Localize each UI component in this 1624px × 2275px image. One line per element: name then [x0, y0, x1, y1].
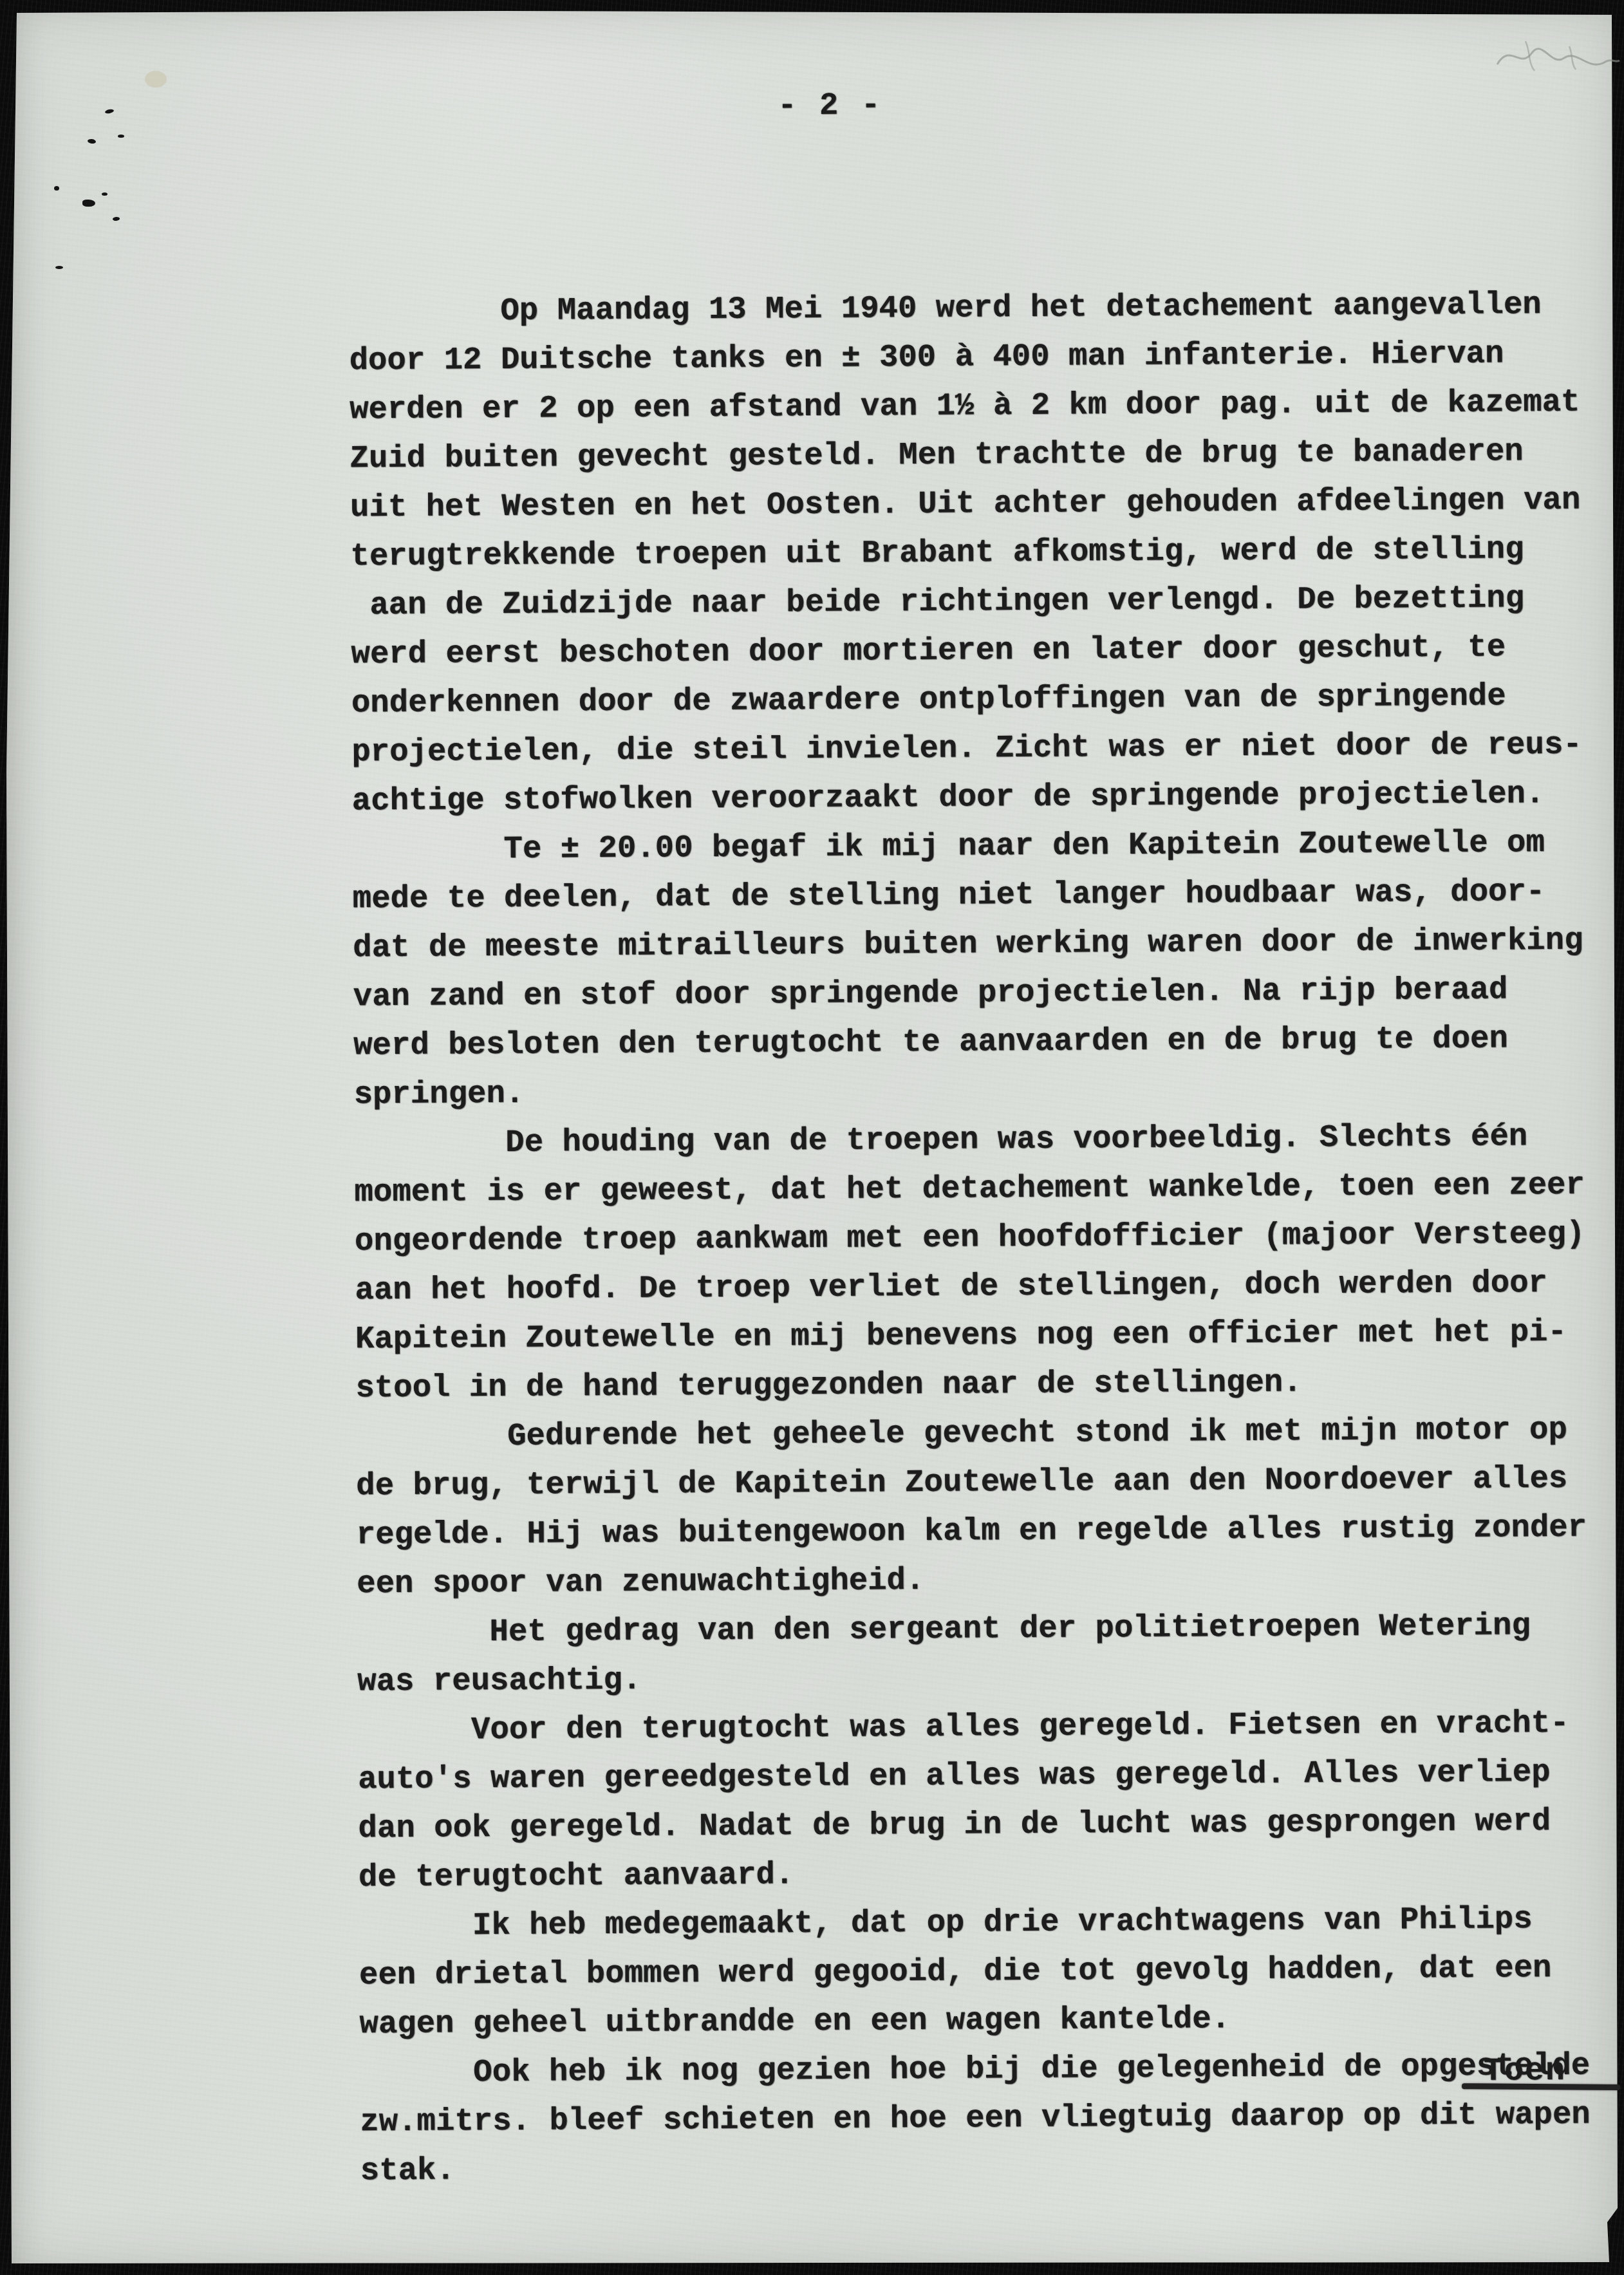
text-line: Te ± 20.00 begaf ik mij naar den Kapitei…: [352, 818, 1623, 874]
text-line: werd eerst beschoten door mortieren en l…: [351, 622, 1622, 679]
text-line: werd besloten den terugtocht te aanvaard…: [353, 1013, 1624, 1070]
text-line: De houding van de troepen was voorbeeldi…: [354, 1111, 1624, 1168]
text-line: dan ook geregeld. Nadat de brug in de lu…: [358, 1796, 1624, 1853]
text-line: van zand en stof door springende project…: [353, 964, 1624, 1021]
text-line: ongeordende troep aankwam met een hoofdo…: [355, 1209, 1624, 1266]
text-line: moment is er geweest, dat het detachemen…: [354, 1160, 1624, 1217]
catchword-underline-rule: [1462, 2083, 1620, 2090]
text-line: de brug, terwijl de Kapitein Zoutewelle …: [356, 1454, 1624, 1510]
text-line: Zuid buiten gevecht gesteld. Men trachtt…: [350, 426, 1621, 483]
text-line: achtige stofwolken veroorzaakt door de s…: [352, 769, 1623, 825]
text-line: Gedurende het geheele gevecht stond ik m…: [356, 1405, 1624, 1461]
text-line: zw.mitrs. bleef schieten en hoe een vlie…: [360, 2090, 1624, 2146]
text-line: aan het hoofd. De troep verliet de stell…: [355, 1258, 1624, 1315]
text-line: uit het Westen en het Oosten. Uit achter…: [350, 475, 1621, 532]
page-number: - 2 -: [778, 87, 882, 124]
text-line: door 12 Duitsche tanks en ± 300 à 400 ma…: [349, 328, 1620, 385]
text-line: was reusachtig.: [357, 1649, 1624, 1706]
text-line: Het gedrag van den sergeant der politiet…: [357, 1600, 1624, 1657]
text-line: regelde. Hij was buitengewoon kalm en re…: [357, 1503, 1624, 1559]
text-line: wagen geheel uitbrandde en een wagen kan…: [359, 1992, 1624, 2048]
text-line: aan de Zuidzijde naar beide richtingen v…: [351, 573, 1622, 630]
text-line: een spoor van zenuwachtigheid.: [357, 1551, 1624, 1608]
text-line: springen.: [353, 1062, 1624, 1119]
text-line: stak.: [360, 2139, 1624, 2195]
text-line: Kapitein Zoutewelle en mij benevens nog …: [355, 1307, 1624, 1363]
text-line: auto's waren gereedgesteld en alles was …: [358, 1747, 1624, 1804]
text-line: de terugtocht aanvaard.: [359, 1845, 1624, 1902]
typewritten-content: - 2 - Op Maandag 13 Mei 1940 werd het de…: [0, 0, 1624, 2275]
text-line: werden er 2 op een afstand van 1½ à 2 km…: [350, 377, 1621, 434]
text-line: projectielen, die steil invielen. Zicht …: [351, 720, 1623, 776]
text-line: terugtrekkende troepen uit Brabant afkom…: [350, 524, 1621, 581]
text-line: mede te deelen, dat de stelling niet lan…: [352, 866, 1623, 923]
text-line: Ook heb ik nog gezien hoe bij die gelege…: [360, 2041, 1624, 2097]
text-line: Voor den terugtocht was alles geregeld. …: [357, 1698, 1624, 1755]
document-body: Op Maandag 13 Mei 1940 werd het detachem…: [348, 133, 1624, 2195]
text-line: Op Maandag 13 Mei 1940 werd het detachem…: [349, 279, 1620, 336]
text-line: een drietal bommen werd gegooid, die tot…: [359, 1943, 1624, 1999]
text-line: dat de meeste mitrailleurs buiten werkin…: [353, 915, 1624, 972]
text-line: Ik heb medegemaakt, dat op drie vrachtwa…: [359, 1894, 1624, 1951]
scanned-document-page: - 2 - Op Maandag 13 Mei 1940 werd het de…: [0, 0, 1624, 2275]
text-line: onderkennen door de zwaardere ontploffin…: [351, 671, 1623, 727]
text-line: stool in de hand teruggezonden naar de s…: [355, 1356, 1624, 1412]
